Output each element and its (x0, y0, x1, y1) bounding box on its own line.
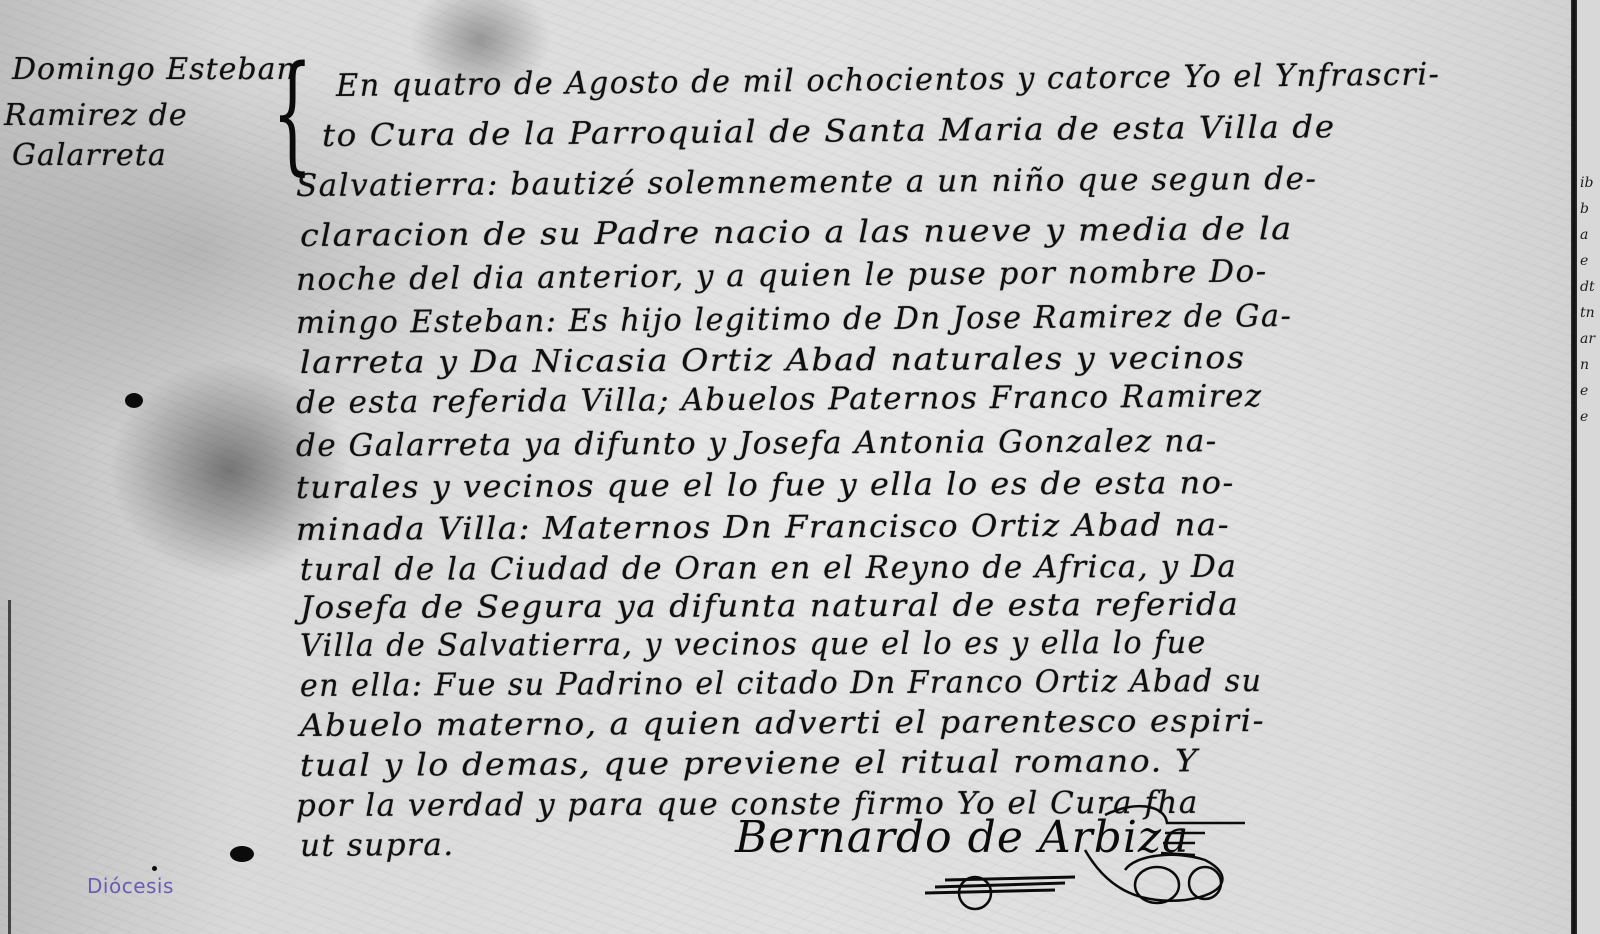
body-line-2: to Cura de la Parroquial de Santa Maria … (322, 109, 1336, 154)
margin-note-line-2: Ramirez de (4, 98, 188, 133)
right-margin-strip (1577, 0, 1600, 934)
body-line-8: de esta referida Villa; Abuelos Paternos… (296, 378, 1263, 421)
body-line-15: en ella: Fue su Padrino el citado Dn Fra… (300, 663, 1263, 704)
margin-brace: { (272, 50, 313, 178)
body-line-12: tural de la Ciudad de Oran en el Reyno d… (300, 549, 1237, 588)
signature-rubric-icon (905, 795, 1265, 915)
body-line-5: noche del dia anterior, y a quien le pus… (296, 254, 1268, 298)
left-margin-rule (8, 600, 11, 934)
body-line-14: Villa de Salvatierra, y vecinos que el l… (300, 625, 1207, 664)
body-line-17: tual y lo demas, que previene el ritual … (300, 743, 1199, 784)
margin-note-line-1: Domingo Esteban (12, 52, 297, 87)
manuscript-page: Domingo Esteban Ramirez de Galarreta { E… (0, 0, 1600, 934)
body-line-11: minada Villa: Maternos Dn Francisco Orti… (296, 507, 1230, 548)
body-line-4: claracion de su Padre nacio a las nueve … (300, 211, 1293, 254)
ink-blot (125, 393, 143, 408)
body-line-6: mingo Esteban: Es hijo legitimo de Dn Jo… (296, 298, 1293, 341)
margin-note-line-3: Galarreta (12, 138, 167, 173)
body-line-13: Josefa de Segura ya difunta natural de e… (300, 587, 1239, 626)
body-line-9: de Galarreta ya difunto y Josefa Antonia… (296, 423, 1218, 464)
body-line-1: En quatro de Agosto de mil ochocientos y… (336, 56, 1441, 104)
right-margin-strip-text: ibbaedttnarnee (1580, 170, 1596, 430)
body-line-16: Abuelo materno, a quien adverti el paren… (300, 703, 1265, 744)
body-line-3: Salvatierra: bautizé solemnemente a un n… (296, 161, 1318, 204)
ink-blot (230, 846, 254, 862)
ink-dot (152, 866, 157, 871)
body-line-10: turales y vecinos que el lo fue y ella l… (296, 465, 1235, 506)
body-line-19: ut supra. (300, 827, 455, 864)
diocese-stamp: Diócesis (87, 874, 174, 898)
body-line-7: larreta y Da Nicasia Ortiz Abad naturale… (300, 340, 1246, 381)
